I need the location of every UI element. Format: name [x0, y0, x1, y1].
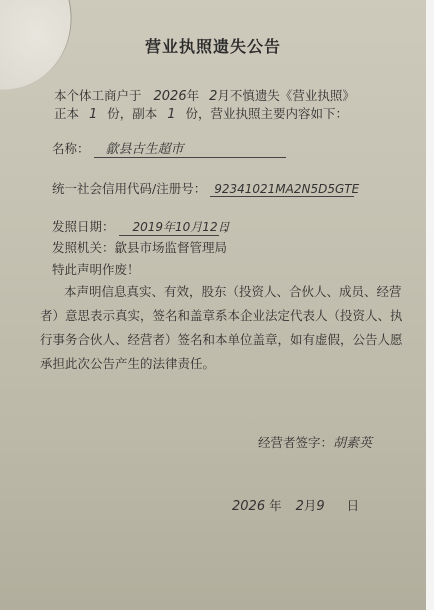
loss-year-suffix: 年	[187, 88, 200, 103]
copy-count: 1	[167, 107, 175, 122]
day-label: 日	[347, 498, 360, 513]
year-label: 年	[269, 498, 282, 513]
month-label: 月	[304, 498, 317, 513]
credit-code-row: 统一社会信用代码/注册号： 92341021MA2N5D5GTE	[52, 179, 354, 197]
document-paper: 成员经 营业执照遗失公告 本个体工商户于 2026年 2月不慎遗失《营业执照》 …	[0, 0, 426, 610]
signing-year: 2026	[232, 499, 265, 514]
original-count: 1	[89, 107, 97, 122]
issuer-value: 歙县市场监督管理局	[115, 240, 228, 255]
void-statement: 特此声明作废！	[52, 260, 140, 278]
signing-day: 9	[316, 499, 324, 514]
name-value: 歙县古生超市	[94, 138, 286, 158]
issue-date-label: 发照日期：	[52, 219, 115, 234]
loss-line: 本个体工商户于 2026年 2月不慎遗失《营业执照》	[54, 86, 355, 104]
loss-prefix: 本个体工商户于	[54, 88, 142, 103]
issue-date-row: 发照日期： 2019年10月12日 ；	[52, 217, 235, 236]
name-row: 名称： 歙县古生超市	[52, 138, 286, 158]
credit-code-value: 92341021MA2N5D5GTE	[210, 182, 354, 197]
copies-line: 正本 1 份，副本 1 份，营业执照主要内容如下：	[54, 104, 348, 122]
name-label: 名称：	[52, 141, 90, 156]
loss-year: 2026	[154, 89, 187, 104]
signing-month: 2	[296, 499, 304, 514]
copies-rest: 份，营业执照主要内容如下：	[186, 106, 349, 121]
issuer-label: 发照机关：	[52, 240, 115, 255]
signing-date-row: 2026 年 2月9 日	[232, 496, 359, 514]
signature-row: 经营者签字：胡素英	[258, 432, 372, 451]
loss-rest: 月不慎遗失《营业执照》	[217, 88, 355, 103]
credit-code-label: 统一社会信用代码/注册号：	[52, 181, 206, 196]
declaration-paragraph: 本声明信息真实、有效，股东（投资人、合伙人、成员、经营者）意思表示真实，签名和盖…	[40, 280, 408, 376]
signature-value: 胡素英	[333, 436, 372, 451]
issue-date-suffix: ；	[222, 219, 235, 234]
document-title: 营业执照遗失公告	[0, 34, 426, 57]
signature-label: 经营者签字：	[258, 435, 333, 450]
original-label: 正本	[54, 106, 79, 121]
issue-date-value: 2019年10月12日	[119, 218, 219, 236]
copy-label: 份，副本	[107, 106, 157, 121]
issuer-row: 发照机关：歙县市场监督管理局	[52, 238, 227, 256]
